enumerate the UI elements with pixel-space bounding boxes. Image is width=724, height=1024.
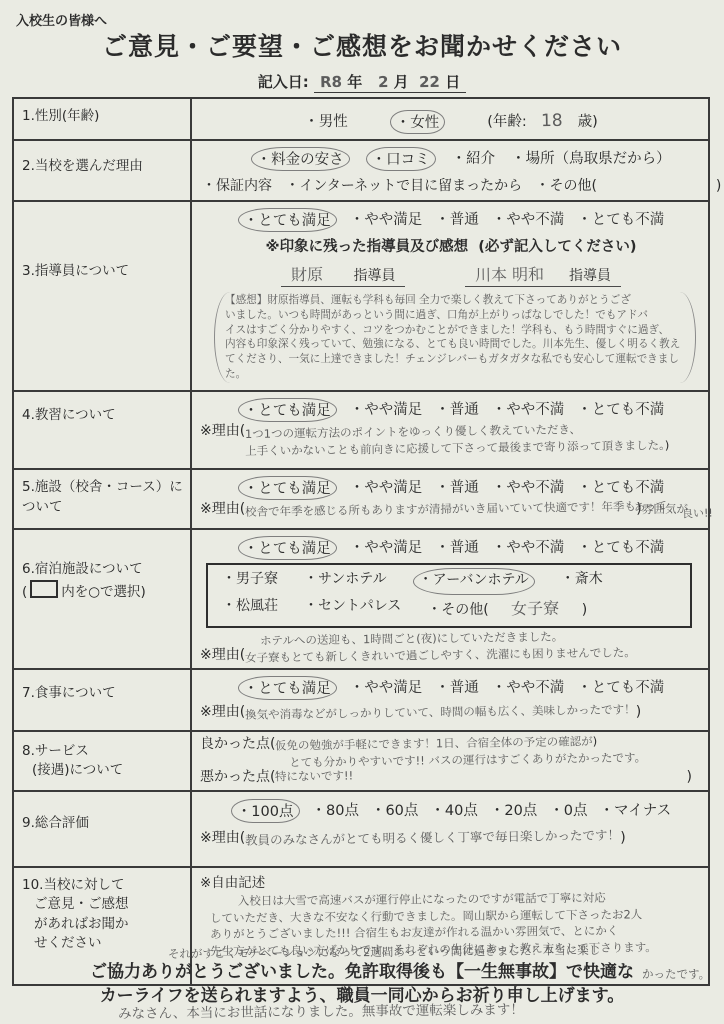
q6-other-close: ) — [582, 602, 587, 618]
q7-scale-unsatisfied: ・やや不満 — [492, 676, 565, 700]
q9-content: ・100点 ・80点 ・60点 ・40点 ・20点 ・0点 ・マイナス ※理由(… — [192, 792, 708, 866]
q2-label: 2.当校を選んだ理由 — [14, 141, 192, 200]
q10-free-label: ※自由記述 — [200, 871, 702, 891]
q5-overflow-text-1: あって — [633, 497, 667, 515]
q2-option-kuchikomi-circled: ・口コミ — [366, 147, 436, 171]
q5-scale-very-unsatisfied: ・とても不満 — [577, 476, 664, 500]
q1-age-unit: 歳) — [578, 114, 598, 130]
q3-instructor-names: 財原 指導員 川本 明和 指導員 — [200, 258, 702, 289]
checkbox-icon — [30, 580, 58, 598]
row-q1-gender-age: 1.性別(年齢) ・男性 ・女性 (年齢: 18 歳) — [14, 99, 708, 141]
q3-comment-line: 内容も印象深く残っていて、勉強になる、とても良い時間でした。川本先生、優しく明る… — [225, 337, 685, 352]
q5-label: 5.施設（校舎・コース）について — [14, 470, 192, 528]
q6-label: 6.宿泊施設について (内を○で選択) — [14, 530, 192, 668]
q1-age-value: 18 — [531, 111, 573, 132]
survey-table: 1.性別(年齢) ・男性 ・女性 (年齢: 18 歳) 2.当校を選んだ理由 ・… — [12, 97, 710, 986]
q9-option-60: ・60点 — [371, 799, 418, 823]
q1-option-female-circled: ・女性 — [390, 110, 446, 134]
q6-option-shofuso: ・松風荘 — [222, 595, 278, 623]
q3-instructor2-title: 指導員 — [569, 268, 611, 284]
row-q6-lodging: 6.宿泊施設について (内を○で選択) ・とても満足 ・やや満足 ・普通 ・やや… — [14, 530, 708, 670]
q8-good-line1: 仮免の勉強が手軽にできます！1日、合宿全体の予定の確認が — [275, 734, 593, 752]
row-q8-service: 8.サービス (接遇)について 良かった点( 仮免の勉強が手軽にできます！1日、… — [14, 732, 708, 792]
q6-scale-satisfied: ・やや満足 — [350, 536, 423, 560]
q3-content: ・とても満足 ・やや満足 ・普通 ・やや不満 ・とても不満 ※印象に残った指導員… — [192, 202, 708, 390]
q1-content: ・男性 ・女性 (年齢: 18 歳) — [192, 99, 708, 139]
q6-select-open: ( — [22, 584, 27, 600]
q9-option-80: ・80点 — [312, 799, 359, 823]
q6-option-other: ・その他( — [427, 602, 488, 618]
q6-content: ・とても満足 ・やや満足 ・普通 ・やや不満 ・とても不満 ・男子寮 ・サンホテ… — [192, 530, 708, 668]
q6-scale-very-unsatisfied: ・とても不満 — [577, 536, 664, 560]
q3-comment-line: イスはすごく分かりやすく、コツをつかむことができました！学科も、もう時間すぐに過… — [225, 323, 685, 338]
q2-option-price-circled: ・料金の安さ — [251, 147, 350, 171]
q6-option-saiki: ・斎木 — [561, 568, 603, 595]
footer-line1: ご協力ありがとうございました。免許取得後も【一生無事故】で快適な — [0, 961, 724, 985]
date-month-value: 2 — [378, 73, 389, 91]
q6-label-line1: 6.宿泊施設について — [22, 560, 187, 580]
q7-reason-close: ) — [636, 704, 641, 720]
q3-scale-satisfied: ・やや満足 — [350, 208, 423, 232]
q7-scale-normal: ・普通 — [435, 676, 479, 700]
q2-option-other: ・その他( — [535, 178, 596, 194]
q3-label: 3.指導員について — [14, 202, 192, 390]
q2-option-location: ・場所（鳥取県だから） — [511, 147, 671, 171]
year-unit: 年 — [347, 73, 362, 91]
q8-good-text: 仮免の勉強が手軽にできます！1日、合宿全体の予定の確認が) とても分かりやすいで… — [275, 732, 646, 771]
q3-note: ※印象に残った指導員及び感想 (必ず記入してください) — [200, 233, 702, 258]
q3-instructor1-title: 指導員 — [353, 268, 395, 284]
date-year-value: R8 — [320, 73, 342, 91]
q9-option-20: ・20点 — [490, 799, 537, 823]
row-q5-facility: 5.施設（校舎・コース）について ・とても満足 ・やや満足 ・普通 ・やや不満 … — [14, 470, 708, 530]
q5-scale-unsatisfied: ・やや不満 — [492, 476, 565, 500]
q2-option-internet: ・インターネットで目に留まったから — [285, 178, 522, 194]
q8-good-line2: とても分かりやすいです!! バスの運行はすごくありがたかったです。 — [276, 750, 647, 769]
q2-option-guarantee: ・保証内容 — [202, 178, 272, 194]
q3-comment-line: いました。いつも時間があっという間に過ぎ、口角が上がりっぱなしでした！でもアドバ — [225, 308, 685, 323]
q6-label-line2: (内を○で選択) — [22, 580, 187, 603]
q8-bad-close: ) — [687, 768, 702, 786]
q1-label: 1.性別(年齢) — [14, 99, 192, 139]
q9-reason-close: ) — [620, 830, 625, 846]
q1-age-group: (年齢: 18 歳) — [487, 110, 598, 134]
q5-scale-satisfied: ・やや満足 — [350, 476, 423, 500]
q3-scale-normal: ・普通 — [435, 208, 479, 232]
q9-option-0: ・0点 — [549, 799, 587, 823]
q2-other-close: ) — [716, 178, 721, 194]
q7-content: ・とても満足 ・やや満足 ・普通 ・やや不満 ・とても不満 ※理由(換気や消毒な… — [192, 670, 708, 730]
q4-reason-line2: 上手くいかないことも前向きに応援して下さって最後まで寄り添って頂きました。 — [245, 438, 665, 458]
month-unit: 月 — [394, 73, 409, 91]
q4-scale-normal: ・普通 — [435, 398, 479, 422]
q7-scale-very-satisfied-circled: ・とても満足 — [238, 676, 337, 700]
q3-comment-block: 【感想】財原指導員、運転も学科も毎回 全力で楽しく教えて下さってありがとうござ … — [214, 292, 696, 383]
q6-option-saint-palace: ・セントパレス — [304, 595, 401, 623]
q3-note-sub: (必ず記入してください) — [478, 239, 636, 255]
row-q2-reason-chosen: 2.当校を選んだ理由 ・料金の安さ ・口コミ ・紹介 ・場所（鳥取県だから） ・… — [14, 141, 708, 202]
q6-hotel-options-box: ・男子寮 ・サンホテル ・アーバンホテル ・斎木 ・松風荘 ・セントパレス ・そ… — [206, 563, 692, 628]
q4-content: ・とても満足 ・やや満足 ・普通 ・やや不満 ・とても不満 ※理由( 1つ1つの… — [192, 392, 708, 468]
q4-reason-label: ※理由( — [200, 423, 245, 456]
q2-option-referral: ・紹介 — [452, 147, 496, 171]
q3-instructor1-name: 財原 — [291, 262, 349, 286]
q10-label-line4: せください — [22, 934, 187, 954]
q8-good-label: 良かった点( — [200, 735, 275, 768]
q4-reason-close: ) — [665, 438, 670, 452]
q5-content: ・とても満足 ・やや満足 ・普通 ・やや不満 ・とても不満 ※理由(校舎で年季を… — [192, 470, 708, 528]
q4-label: 4.教習について — [14, 392, 192, 468]
q6-scale-unsatisfied: ・やや不満 — [492, 536, 565, 560]
q9-reason-label: ※理由( — [200, 830, 245, 846]
q3-instructor2-name: 川本 明和 — [475, 261, 564, 285]
q5-overflow-text-2: 良い!! — [682, 504, 713, 521]
q8-good-close: ) — [593, 734, 598, 748]
row-q3-instructors: 3.指導員について ・とても満足 ・やや満足 ・普通 ・やや不満 ・とても不満 … — [14, 202, 708, 392]
q9-reason-text: 教員のみなさんがとても明るく優しく丁寧で毎日楽しかったです！ — [245, 827, 620, 848]
q8-content: 良かった点( 仮免の勉強が手軽にできます！1日、合宿全体の予定の確認が) とても… — [192, 732, 708, 790]
row-q9-overall: 9.総合評価 ・100点 ・80点 ・60点 ・40点 ・20点 ・0点 ・マイ… — [14, 792, 708, 868]
q4-scale-unsatisfied: ・やや不満 — [492, 398, 565, 422]
q5-scale-very-satisfied-circled: ・とても満足 — [238, 476, 337, 500]
q9-option-100-circled: ・100点 — [231, 799, 300, 823]
footer-handwritten-thanks: みなさん、本当にお世話になりました。無事故で運転楽しみます！ — [118, 998, 524, 1022]
q4-scale-very-unsatisfied: ・とても不満 — [577, 398, 664, 422]
q4-scale-very-satisfied-circled: ・とても満足 — [238, 398, 337, 422]
footer-hw-continuation: かったです。 — [642, 966, 710, 982]
q5-reason-text: 校舎で年季を感じる所もありますが清掃がいき届いていて快適です！年季も — [245, 498, 636, 520]
q3-scale-very-satisfied-circled: ・とても満足 — [238, 208, 337, 232]
q5-reason-label: ※理由( — [200, 501, 245, 517]
q4-scale-satisfied: ・やや満足 — [350, 398, 423, 422]
q10-label-line1: 10.当校に対して — [22, 876, 187, 896]
q6-other-value: 女子寮 — [493, 594, 577, 622]
q6-option-sun-hotel: ・サンホテル — [304, 568, 387, 595]
q3-instructor2-group: 川本 明和 指導員 — [465, 262, 621, 287]
q8-label-line2: (接遇)について — [22, 761, 187, 781]
day-unit: 日 — [445, 73, 460, 91]
page-title: ご意見・ご要望・ご感想をお聞かせください — [0, 27, 724, 63]
q9-option-minus: ・マイナス — [600, 799, 672, 823]
q9-label: 9.総合評価 — [14, 792, 192, 866]
q7-label: 7.食事について — [14, 670, 192, 730]
q6-option-urban-hotel-circled: ・アーバンホテル — [413, 568, 535, 595]
q10-label-line2: ご意見・ご感想 — [22, 895, 187, 915]
date-label: 記入日: — [258, 73, 309, 91]
q3-scale-very-unsatisfied: ・とても不満 — [577, 208, 664, 232]
q8-label: 8.サービス (接遇)について — [14, 732, 192, 790]
q3-instructor1-group: 財原 指導員 — [281, 262, 405, 287]
q8-bad-label: 悪かった点( — [200, 768, 275, 786]
q1-age-label: (年齢: — [487, 114, 527, 130]
date-line: 記入日: R8 年 2 月 22 日 — [0, 71, 724, 92]
q7-reason-label: ※理由( — [200, 704, 245, 720]
q5-scale-normal: ・普通 — [435, 476, 479, 500]
date-value-group: R8 年 2 月 22 日 — [314, 73, 466, 93]
q6-scale-very-satisfied-circled: ・とても満足 — [238, 536, 337, 560]
q3-comment-line: てくださり、一気に上達できました！チェンジレバーもガタガタな私でも安心して運転で… — [225, 352, 685, 382]
q6-option-other-group: ・その他( 女子寮 ) — [427, 595, 587, 623]
q6-option-boys-dorm: ・男子寮 — [222, 568, 278, 595]
q3-comment-line: 【感想】財原指導員、運転も学科も毎回 全力で楽しく教えて下さってありがとうござ — [225, 293, 685, 308]
q4-reason-line1: 1つ1つの運転方法のポイントをゆっくり優しく教えていただき、 — [245, 422, 581, 441]
q7-reason-text: 換気や消毒などがしっかりしていて、時間の幅も広く、美味しかったです！ — [245, 701, 636, 723]
q3-note-main: ※印象に残った指導員及び感想 — [266, 239, 469, 255]
q2-content: ・料金の安さ ・口コミ ・紹介 ・場所（鳥取県だから） ・保証内容 ・インターネ… — [192, 141, 724, 200]
q8-label-line1: 8.サービス — [22, 742, 187, 762]
q6-scale-normal: ・普通 — [435, 536, 479, 560]
q6-select-note: 内を○で選択) — [61, 584, 146, 600]
q1-option-male: ・男性 — [304, 110, 348, 134]
q8-bad-text: 特にないです!! — [275, 768, 353, 787]
date-day-value: 22 — [419, 73, 440, 91]
row-q7-meals: 7.食事について ・とても満足 ・やや満足 ・普通 ・やや不満 ・とても不満 ※… — [14, 670, 708, 732]
q7-scale-satisfied: ・やや満足 — [350, 676, 423, 700]
q9-option-40: ・40点 — [430, 799, 477, 823]
q10-label-line3: があればお聞か — [22, 915, 187, 935]
q3-scale-unsatisfied: ・やや不満 — [492, 208, 565, 232]
row-q4-lessons: 4.教習について ・とても満足 ・やや満足 ・普通 ・やや不満 ・とても不満 ※… — [14, 392, 708, 470]
q7-scale-very-unsatisfied: ・とても不満 — [577, 676, 664, 700]
survey-form-page: 入校生の皆様へ ご意見・ご要望・ご感想をお聞かせください 記入日: R8 年 2… — [0, 0, 724, 1024]
q4-reason-text: 1つ1つの運転方法のポイントをゆっくり優しく教えていただき、 上手くいかないこと… — [245, 420, 670, 459]
